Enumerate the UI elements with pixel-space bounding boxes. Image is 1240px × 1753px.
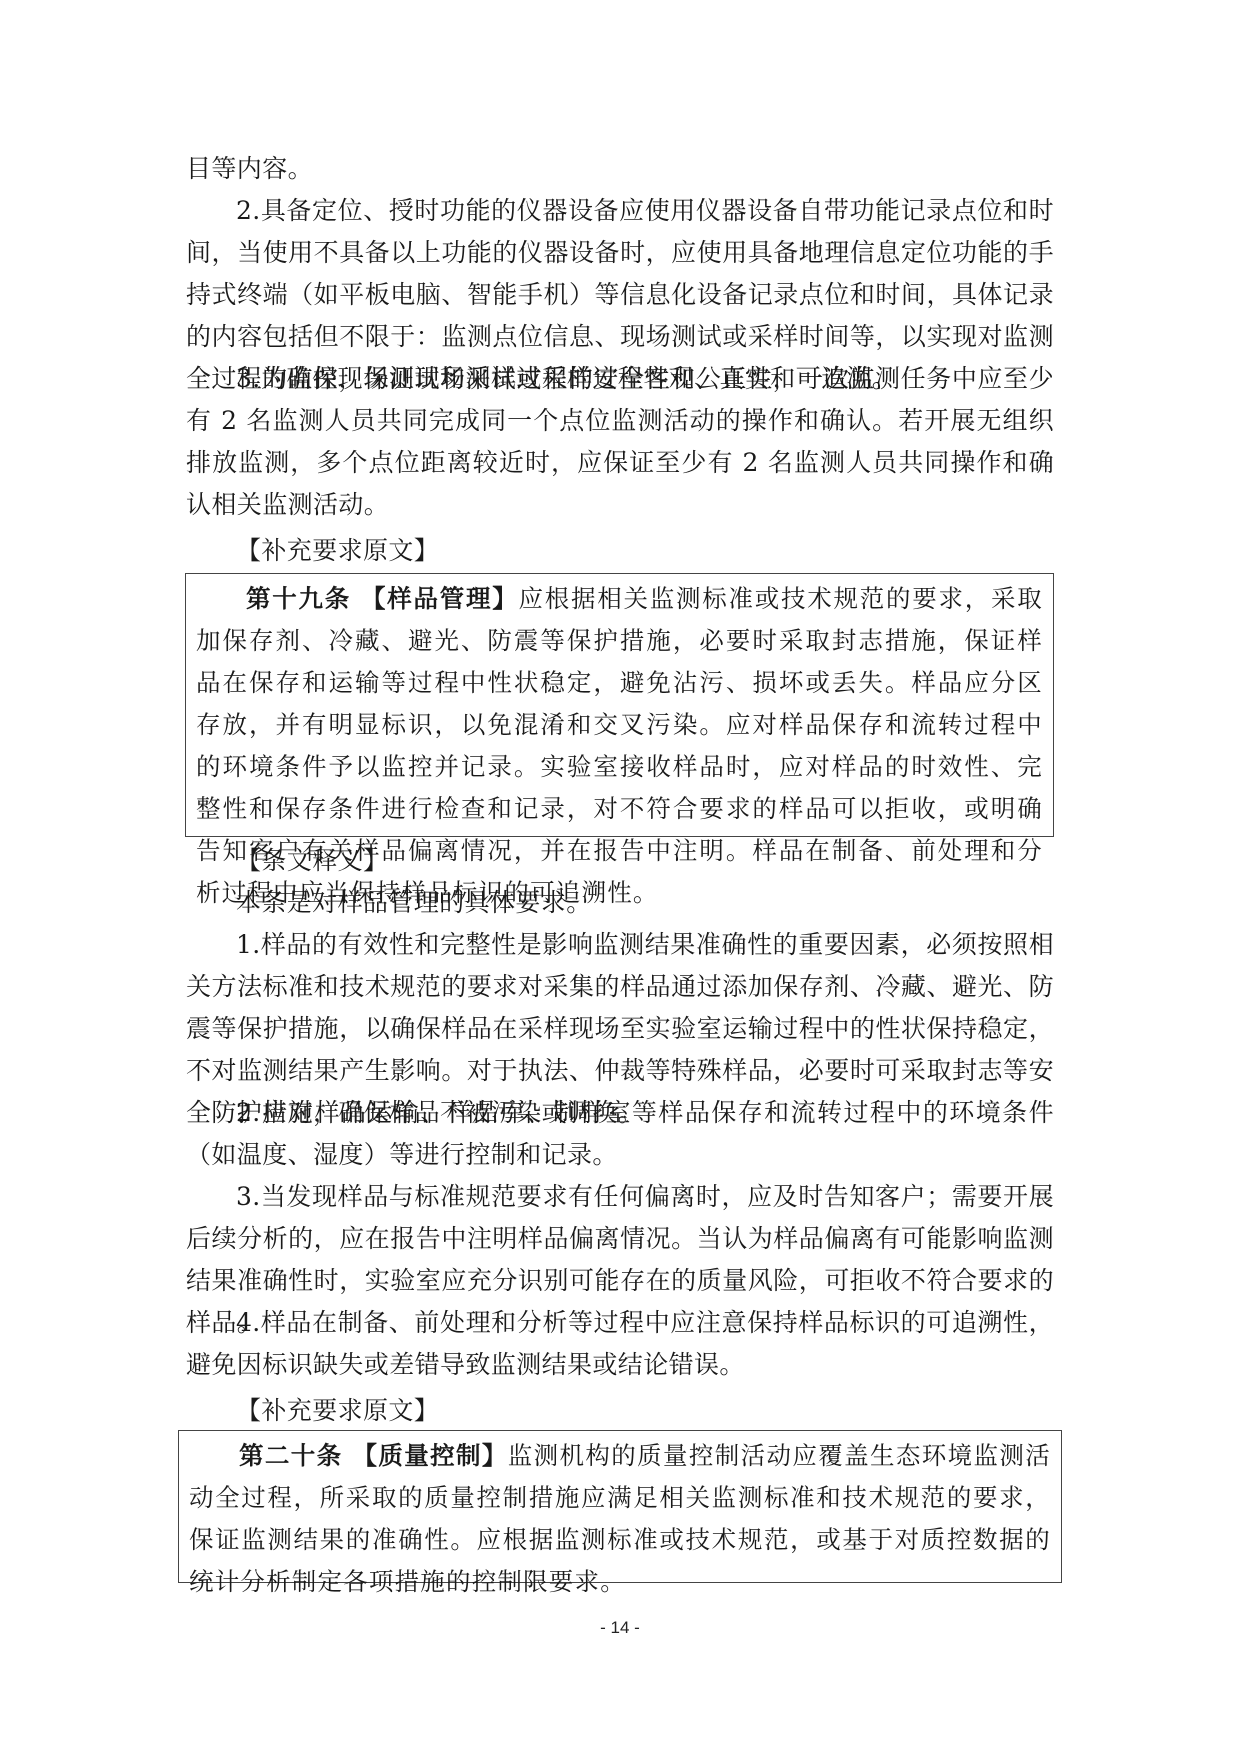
- document-page: 目等内容。 2.具备定位、授时功能的仪器设备应使用仪器设备自带功能记录点位和时间…: [0, 0, 1240, 1753]
- interpretation-item-4: 4.样品在制备、前处理和分析等过程中应注意保持样品标识的可追溯性，避免因标识缺失…: [186, 1302, 1054, 1386]
- supplement-heading-19: 【补充要求原文】: [236, 530, 439, 572]
- interpretation-item-2: 2.应对样品运输、样品库、制样室等样品保存和流转过程中的环境条件（如温度、湿度）…: [186, 1092, 1054, 1176]
- continuation-text: 目等内容。: [186, 148, 1054, 190]
- article-20-paragraph: 第二十条【质量控制】监测机构的质量控制活动应覆盖生态环境监测活动全过程，所采取的…: [189, 1435, 1051, 1603]
- page-number: - 14 -: [0, 1618, 1240, 1638]
- article-20-box: 第二十条【质量控制】监测机构的质量控制活动应覆盖生态环境监测活动全过程，所采取的…: [178, 1430, 1062, 1583]
- article-20-title: 【质量控制】: [353, 1441, 508, 1470]
- supplement-heading-20: 【补充要求原文】: [236, 1390, 439, 1432]
- article-20-number: 第二十条: [239, 1441, 343, 1470]
- intro-item-3: 3.为确保现场测试和采样过程的安全性和公正性，一次监测任务中应至少有 2 名监测…: [186, 358, 1054, 526]
- interpretation-heading: 【条文释义】: [236, 840, 388, 882]
- article-19-number: 第十九条: [246, 584, 351, 613]
- article-19-box: 第十九条【样品管理】应根据相关监测标准或技术规范的要求，采取加保存剂、冷藏、避光…: [185, 573, 1054, 837]
- article-19-title: 【样品管理】: [361, 584, 519, 613]
- interpretation-intro: 本条是对样品管理的具体要求。: [186, 882, 1054, 924]
